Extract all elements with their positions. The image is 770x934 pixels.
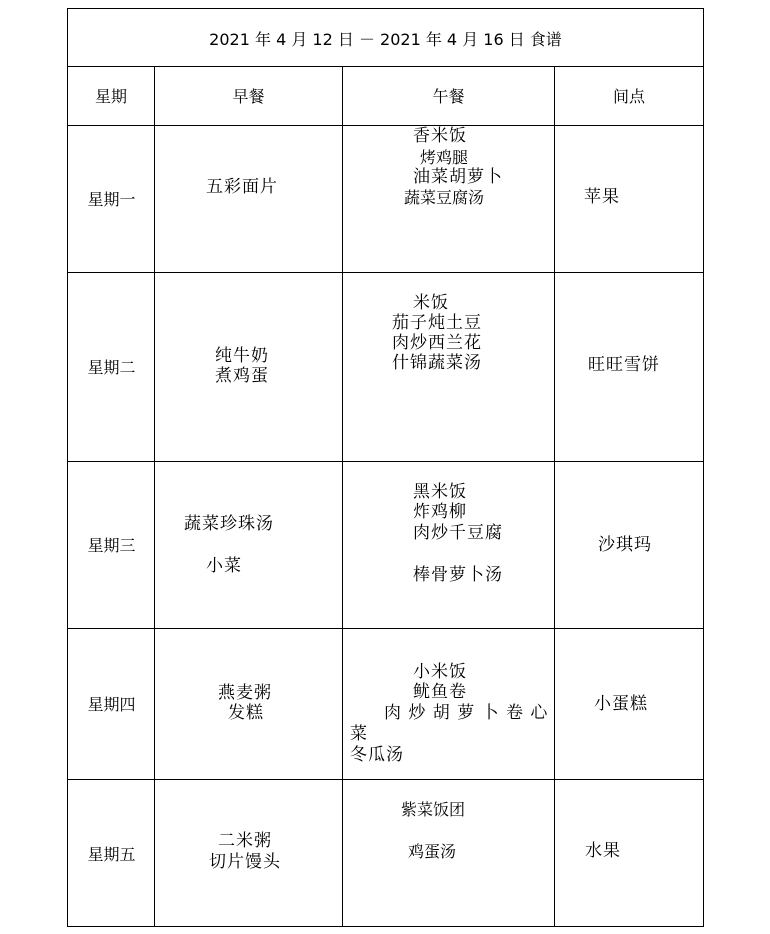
lunch-wednesday-item: 炸鸡柳 <box>413 502 467 522</box>
lunch-monday-item: 蔬菜豆腐汤 <box>404 188 484 208</box>
row-divider <box>68 779 703 780</box>
breakfast-tuesday-item: 纯牛奶 <box>215 346 269 366</box>
lunch-tuesday-item: 米饭 <box>413 293 449 313</box>
lunch-friday-item: 鸡蛋汤 <box>408 842 456 862</box>
lunch-thursday-item: 小米饭 <box>413 662 467 682</box>
lunch-thursday-item: 肉 炒 胡 萝 卜 卷 心 <box>384 703 548 723</box>
day-monday: 星期一 <box>68 125 155 272</box>
breakfast-tuesday-item: 煮鸡蛋 <box>215 366 269 386</box>
header-breakfast: 早餐 <box>155 66 342 125</box>
menu-title: 2021 年 4 月 12 日 － 2021 年 4 月 16 日 食谱 <box>68 9 703 67</box>
lunch-tuesday-item: 茄子炖土豆 <box>392 313 482 333</box>
snack-tuesday: 旺旺雪饼 <box>588 355 660 375</box>
row-divider <box>68 125 703 126</box>
lunch-tuesday-item: 什锦蔬菜汤 <box>392 353 482 373</box>
snack-thursday: 小蛋糕 <box>594 694 648 714</box>
lunch-monday-item: 烤鸡腿 <box>420 148 468 168</box>
lunch-monday-item: 油菜胡萝卜 <box>413 167 503 187</box>
breakfast-monday: 五彩面片 <box>206 177 278 197</box>
breakfast-wednesday-item: 蔬菜珍珠汤 <box>184 514 274 534</box>
breakfast-friday-item: 二米粥 <box>218 831 272 851</box>
day-wednesday: 星期三 <box>68 461 155 628</box>
breakfast-thursday-item: 发糕 <box>228 703 264 723</box>
day-tuesday: 星期二 <box>68 272 155 461</box>
lunch-thursday-item: 菜 <box>350 724 368 744</box>
snack-friday: 水果 <box>585 841 621 861</box>
header-day: 星期 <box>68 66 154 125</box>
header-snack: 间点 <box>555 66 703 125</box>
lunch-wednesday-item: 棒骨萝卜汤 <box>413 565 503 585</box>
snack-wednesday: 沙琪玛 <box>598 535 652 555</box>
lunch-friday-item: 紫菜饭团 <box>401 800 465 820</box>
lunch-monday-item: 香米饭 <box>413 126 467 146</box>
menu-table: 2021 年 4 月 12 日 － 2021 年 4 月 16 日 食谱 星期 … <box>67 8 704 927</box>
row-divider <box>68 628 703 629</box>
lunch-tuesday-item: 肉炒西兰花 <box>392 333 482 353</box>
breakfast-wednesday-item: 小菜 <box>206 556 242 576</box>
header-lunch: 午餐 <box>343 66 554 125</box>
lunch-thursday-item: 冬瓜汤 <box>350 745 404 765</box>
row-divider <box>68 461 703 462</box>
lunch-wednesday-item: 黑米饭 <box>413 482 467 502</box>
column-divider <box>554 66 555 926</box>
day-thursday: 星期四 <box>68 628 155 779</box>
column-divider <box>342 66 343 926</box>
row-divider <box>68 272 703 273</box>
lunch-wednesday-item: 肉炒千豆腐 <box>413 523 503 543</box>
breakfast-thursday-item: 燕麦粥 <box>218 683 272 703</box>
day-friday: 星期五 <box>68 779 155 927</box>
snack-monday: 苹果 <box>584 187 620 207</box>
breakfast-friday-item: 切片馒头 <box>209 852 281 872</box>
lunch-thursday-item: 鱿鱼卷 <box>413 682 467 702</box>
